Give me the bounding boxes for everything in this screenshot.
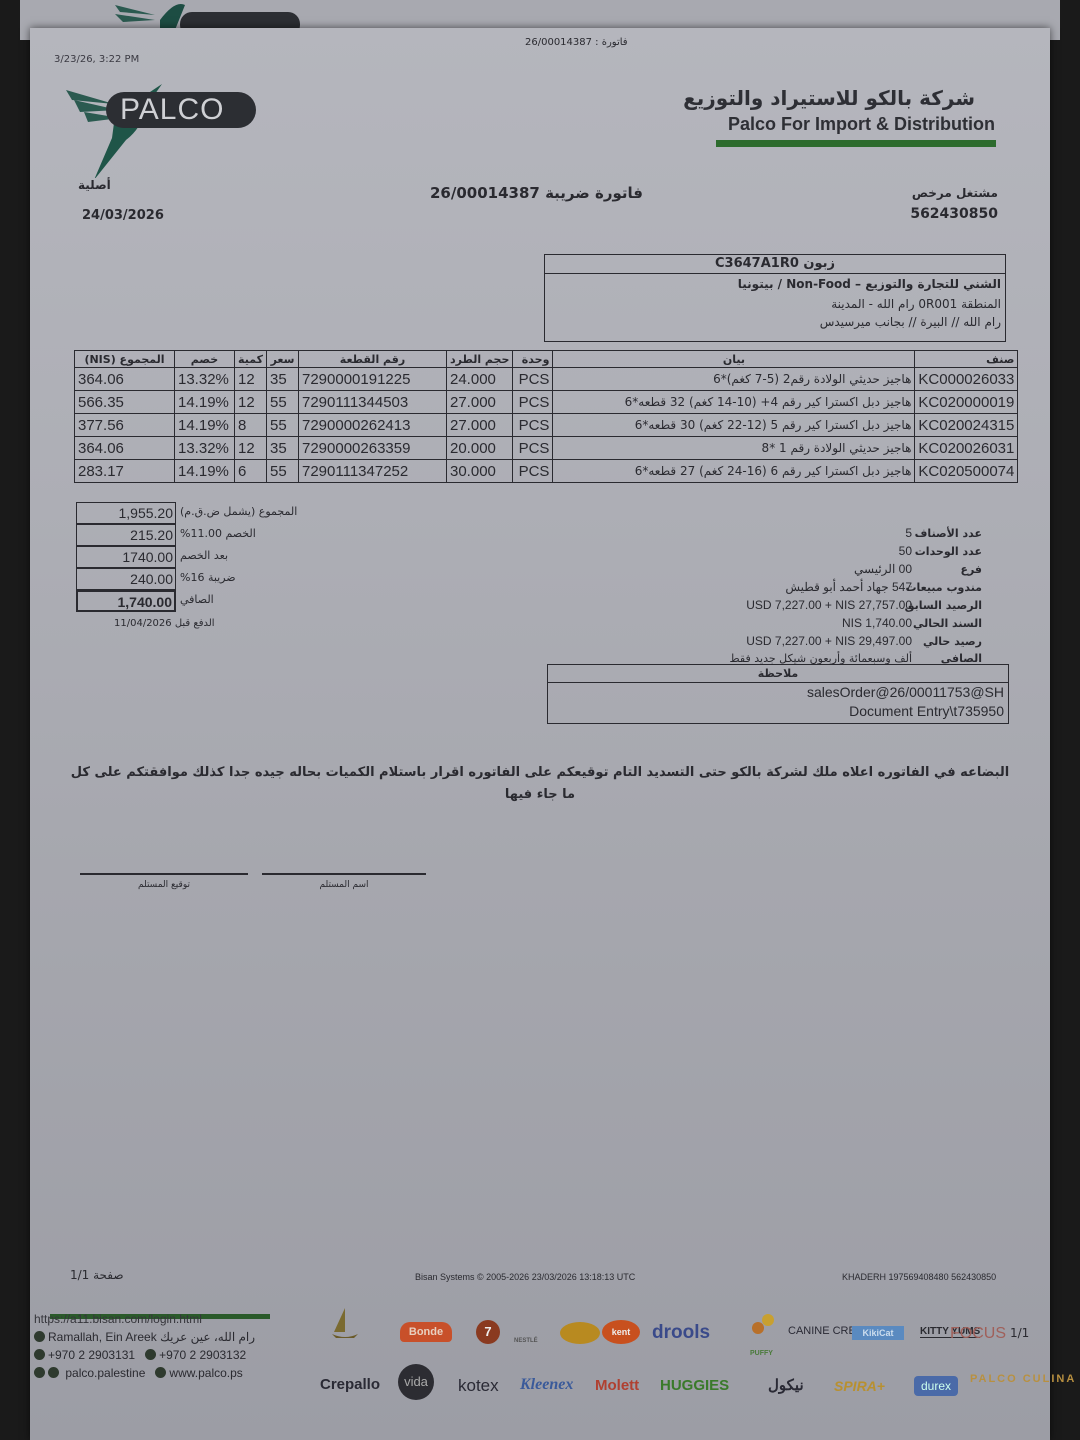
invoice-title: فاتورة ضريبة 26/00014387 <box>430 184 643 202</box>
table-row: KC020024315هاجيز دبل اكسترا كير رقم 5 (1… <box>75 414 1018 437</box>
col-discount: خصم <box>175 351 235 368</box>
tax-label: ضريبة 16% <box>180 568 236 588</box>
customer-code: زبون C3647A1R0 <box>545 255 1005 274</box>
item-price: 55 <box>267 460 299 483</box>
item-code: KC000026033 <box>915 368 1018 391</box>
tax-value: 240.00 <box>76 568 176 590</box>
instagram-icon <box>48 1367 59 1378</box>
receiver-name-label: اسم المستلم <box>262 880 426 890</box>
col-qty: كمية <box>235 351 267 368</box>
summary-row: رصيد حاليUSD 7,227.00 + NIS 29,497.00 <box>642 632 982 650</box>
company-name-english: Palco For Import & Distribution <box>728 114 995 135</box>
item-description: هاجيز دبل اكسترا كير رقم 5 (12-22 كغم) 3… <box>553 414 915 437</box>
item-pack-size: 27.000 <box>447 414 513 437</box>
after-discount-label: بعد الخصم <box>180 546 228 566</box>
summary-row: مندوب مبيعات547 جهاد أحمد أبو قطيش <box>642 578 982 596</box>
phone-line: +970 2 2903131 +970 2 2903132 <box>34 1348 246 1362</box>
item-pack-size: 24.000 <box>447 368 513 391</box>
item-code: KC020000019 <box>915 391 1018 414</box>
brand-logo-kotex: kotex <box>458 1376 499 1396</box>
item-description: هاجيز دبل اكسترا كير رقم 4+ (10-14 كغم) … <box>553 391 915 414</box>
item-unit: PCS <box>513 437 553 460</box>
receiver-signature-label: توقيع المستلم <box>80 880 248 890</box>
brand-logo-nicol: نيكول <box>768 1376 804 1394</box>
item-price: 35 <box>267 368 299 391</box>
summary-row: عدد الأصناف5 <box>642 524 982 542</box>
top-invoice-ref: فاتورة : 26/00014387 <box>525 37 628 48</box>
item-discount: 14.19% <box>175 391 235 414</box>
items-table-header: صنف بيان وحدة حجم الطرد رقم القطعة سعر ك… <box>75 351 1018 368</box>
item-discount: 14.19% <box>175 460 235 483</box>
notes-box: ملاحظة salesOrder@26/00011753@SH Documen… <box>547 664 1009 724</box>
table-row: KC020500074هاجيز دبل اكسترا كير رقم 6 (1… <box>75 460 1018 483</box>
table-row: KC000026033هاجيز حديثي الولادة رقم2 (5-7… <box>75 368 1018 391</box>
page-count: 1/1 <box>1010 1326 1029 1340</box>
item-discount: 14.19% <box>175 414 235 437</box>
col-unit: وحدة <box>513 351 553 368</box>
item-discount: 13.32% <box>175 368 235 391</box>
item-unit: PCS <box>513 414 553 437</box>
brand-logo-huggies: HUGGIES <box>660 1377 729 1394</box>
facebook-icon <box>34 1367 45 1378</box>
item-total: 377.56 <box>75 414 175 437</box>
brand-logo-kleenex: Kleenex <box>520 1376 573 1394</box>
location-pin-icon <box>34 1331 45 1342</box>
item-price: 55 <box>267 391 299 414</box>
brand-logo-crepallo: Crepallo <box>320 1376 380 1393</box>
col-code: صنف <box>915 351 1018 368</box>
item-price: 55 <box>267 414 299 437</box>
page-number: صفحة 1/1 <box>70 1268 124 1282</box>
col-total: المجموع (NIS) <box>75 351 175 368</box>
item-unit: PCS <box>513 391 553 414</box>
subtotal-label: المجموع (يشمل ض.ق.م) <box>180 502 297 522</box>
item-description: هاجيز حديثي الولادة رقم2 (5-7 كغم)*6 <box>553 368 915 391</box>
table-row: KC020026031هاجيز حديثي الولادة رقم 1 *8P… <box>75 437 1018 460</box>
item-total: 364.06 <box>75 368 175 391</box>
col-description: بيان <box>553 351 915 368</box>
system-credit: Bisan Systems © 2005-2026 23/03/2026 13:… <box>415 1272 635 1282</box>
brand-divider <box>716 140 996 147</box>
item-pack-size: 20.000 <box>447 437 513 460</box>
logo-wordmark: PALCO <box>106 92 256 128</box>
item-barcode: 7290000191225 <box>299 368 447 391</box>
brand-logo-molett: Molett <box>595 1377 639 1394</box>
licensed-dealer-number: 562430850 <box>910 206 998 222</box>
brand-logo-oval-icon <box>560 1322 600 1344</box>
net-total-label: الصافي <box>180 590 214 610</box>
col-price: سعر <box>267 351 299 368</box>
item-pack-size: 27.000 <box>447 391 513 414</box>
social-handle-link[interactable]: palco.palestine <box>65 1366 145 1380</box>
name-line <box>262 873 426 875</box>
palco-logo-partial-icon <box>115 0 315 30</box>
website-link[interactable]: www.palco.ps <box>169 1366 242 1380</box>
brand-logo-7days: 7 <box>476 1320 500 1344</box>
notes-sales-order: salesOrder@26/00011753@SH <box>548 683 1008 702</box>
print-timestamp: 3/23/26, 3:22 PM <box>54 54 139 65</box>
notes-document-entry: Document Entry\t735950 <box>548 702 1008 721</box>
discount-label: الخصم 11.00% <box>180 524 256 544</box>
brand-logo-bonde: Bonde <box>400 1322 452 1342</box>
licensed-dealer-label: مشتغل مرخص <box>912 186 998 200</box>
col-pack-size: حجم الطرد <box>447 351 513 368</box>
item-qty: 12 <box>235 437 267 460</box>
brand-logo-kent: kent <box>602 1320 640 1344</box>
brand-logo-durex: durex <box>914 1376 958 1396</box>
brand-logo-focus: FOCUS <box>950 1325 1006 1343</box>
customer-region: المنطقة 0R001 رام الله - المدينة <box>545 294 1005 314</box>
after-discount-value: 1740.00 <box>76 546 176 568</box>
item-barcode: 7290000262413 <box>299 414 447 437</box>
brand-logo-vida: vida <box>398 1364 434 1400</box>
ownership-declaration: البضاعه في الفاتوره اعلاه ملك لشركة بالك… <box>70 762 1010 806</box>
print-reference: KHADERH 197569408480 562430850 <box>842 1272 996 1282</box>
item-barcode: 7290000263359 <box>299 437 447 460</box>
item-qty: 12 <box>235 391 267 414</box>
net-total-value: 1,740.00 <box>76 590 176 612</box>
item-total: 566.35 <box>75 391 175 414</box>
customer-address: رام الله // البيرة // بجانب ميرسيدس <box>545 314 1005 330</box>
item-discount: 13.32% <box>175 437 235 460</box>
summary-row: فرع00 الرئيسي <box>642 560 982 578</box>
item-qty: 8 <box>235 414 267 437</box>
brand-logo-puffy: PUFFY <box>750 1350 773 1357</box>
pay-before-date: الدفع قبل 11/04/2026 <box>114 618 215 629</box>
account-summary: عدد الأصناف5 عدد الوحدات50 فرع00 الرئيسي… <box>642 524 982 668</box>
item-barcode: 7290111344503 <box>299 391 447 414</box>
copy-type-label: أصلية <box>78 178 111 192</box>
summary-row: الرصيد السابقUSD 7,227.00 + NIS 27,757.0… <box>642 596 982 614</box>
item-pack-size: 30.000 <box>447 460 513 483</box>
item-total: 283.17 <box>75 460 175 483</box>
items-table: صنف بيان وحدة حجم الطرد رقم القطعة سعر ك… <box>74 350 1018 483</box>
social-line: palco.palestine www.palco.ps <box>34 1366 243 1380</box>
item-code: KC020500074 <box>915 460 1018 483</box>
item-barcode: 7290111347252 <box>299 460 447 483</box>
invoice-date: 24/03/2026 <box>82 208 164 223</box>
brand-logo-nestle: NESTLÉ <box>514 1338 538 1344</box>
summary-row: عدد الوحدات50 <box>642 542 982 560</box>
phone-icon <box>34 1349 45 1360</box>
brand-logo-kikicat: KikiCat <box>852 1326 904 1340</box>
brand-logo-spira: SPIRA+ <box>834 1378 885 1394</box>
company-name-arabic: شركة بالكو للاستيراد والتوزيع <box>683 86 975 110</box>
item-unit: PCS <box>513 460 553 483</box>
puffy-dot-icon <box>752 1322 764 1334</box>
subtotal-value: 1,955.20 <box>76 502 176 524</box>
item-qty: 6 <box>235 460 267 483</box>
table-row: KC020000019هاجيز دبل اكسترا كير رقم 4+ (… <box>75 391 1018 414</box>
item-description: هاجيز حديثي الولادة رقم 1 *8 <box>553 437 915 460</box>
brand-logo-canine-creek: CANINE CREEK <box>788 1326 848 1336</box>
item-code: KC020026031 <box>915 437 1018 460</box>
discount-value: 215.20 <box>76 524 176 546</box>
summary-row: السند الحاليNIS 1,740.00 <box>642 614 982 632</box>
col-barcode: رقم القطعة <box>299 351 447 368</box>
customer-name: الشني للتجارة والتوزيع – Non-Food / بيتو… <box>545 274 1005 294</box>
brand-logo-drools: drools <box>652 1322 710 1344</box>
item-unit: PCS <box>513 368 553 391</box>
signature-line <box>80 873 248 875</box>
notes-header: ملاحظة <box>548 665 1008 683</box>
address-line: Ramallah, Ein Areek رام الله، عين عريك <box>34 1330 255 1344</box>
item-description: هاجيز دبل اكسترا كير رقم 6 (16-24 كغم) 2… <box>553 460 915 483</box>
item-total: 364.06 <box>75 437 175 460</box>
bahri-logo-icon <box>330 1306 360 1348</box>
item-price: 35 <box>267 437 299 460</box>
puffy-dot-icon <box>762 1314 774 1326</box>
customer-info-box: زبون C3647A1R0 الشني للتجارة والتوزيع – … <box>544 254 1006 342</box>
item-qty: 12 <box>235 368 267 391</box>
fax-icon <box>145 1349 156 1360</box>
item-code: KC020024315 <box>915 414 1018 437</box>
invoice-page: 3/23/26, 3:22 PM فاتورة : 26/00014387 PA… <box>30 28 1050 1440</box>
globe-icon <box>155 1367 166 1378</box>
brand-logo-palco-culina: PALCO CULINA <box>970 1374 1040 1384</box>
print-url: https://a11.bisan.com/login.html <box>34 1312 202 1326</box>
